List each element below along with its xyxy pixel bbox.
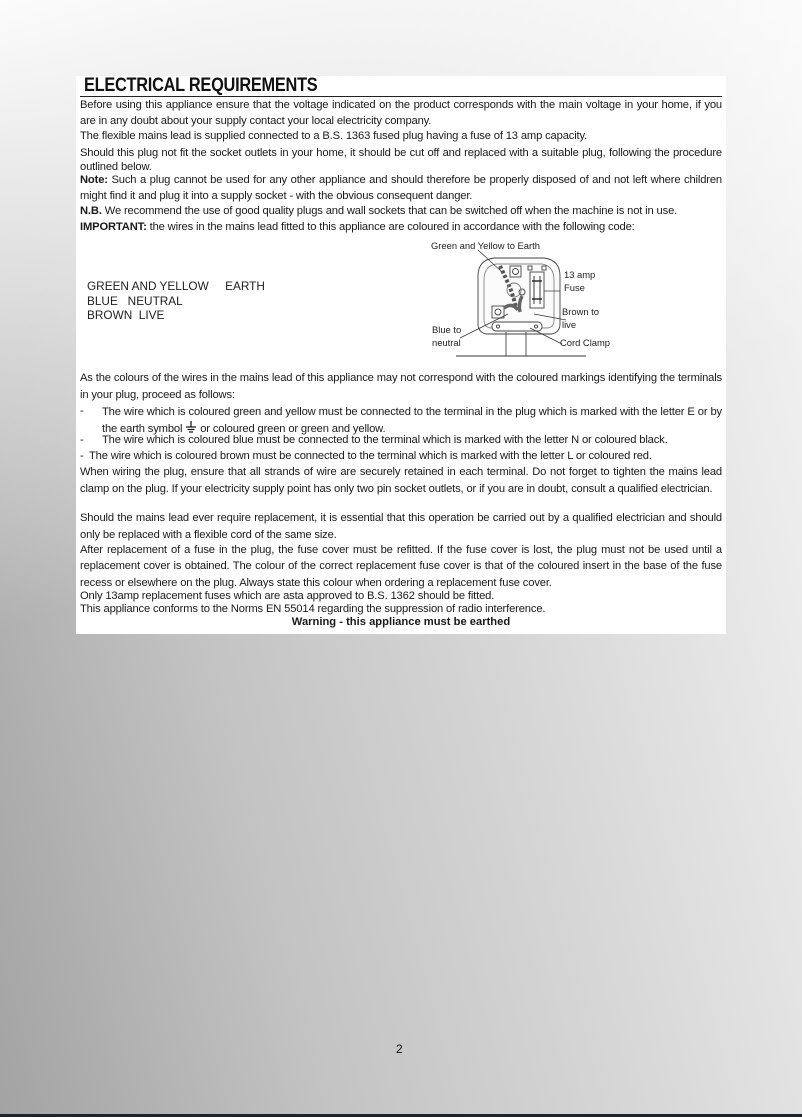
label-earth: Green and Yellow to Earth — [431, 240, 540, 252]
bullet-dash: - — [80, 433, 84, 449]
paragraph-replacement: Should the mains lead ever require repla… — [80, 510, 722, 544]
label-fuse-line2: Fuse — [564, 282, 585, 294]
bullet-dash: - — [80, 449, 84, 465]
content-panel: ELECTRICAL REQUIREMENTS Before using thi… — [76, 76, 726, 634]
paragraph-note: Note: Such a plug cannot be used for any… — [80, 173, 722, 204]
label-live-line2: live — [562, 319, 576, 331]
label-fuse-line1: 13 amp — [564, 269, 595, 281]
paragraph-wiring: When wiring the plug, ensure that all st… — [80, 464, 722, 497]
paragraph-nb: N.B. We recommend the use of good qualit… — [80, 204, 722, 220]
label-neutral-line2: neutral — [432, 337, 461, 349]
nb-label: N.B. — [80, 205, 102, 217]
important-label: IMPORTANT: — [80, 221, 147, 233]
bullet-live: The wire which is coloured brown must be… — [89, 449, 719, 465]
plug-illustration — [426, 236, 666, 361]
paragraph-voltage: Before using this appliance ensure that … — [80, 98, 722, 129]
label-neutral-line1: Blue to — [432, 324, 461, 336]
wire-code-row: BROWN LIVE — [87, 308, 265, 323]
wire-code-row: GREEN AND YELLOW EARTH — [87, 279, 265, 294]
wire-code-list: GREEN AND YELLOW EARTHBLUE NEUTRALBROWN … — [87, 279, 265, 323]
paragraph-important: IMPORTANT: the wires in the mains lead f… — [80, 220, 722, 236]
important-text: the wires in the mains lead fitted to th… — [147, 221, 635, 233]
note-text: Such a plug cannot be used for any other… — [80, 174, 722, 202]
page-number: 2 — [396, 1042, 403, 1056]
wire-code-row: BLUE NEUTRAL — [87, 294, 265, 309]
note-label: Note: — [80, 174, 108, 186]
paragraph-instructions-intro: As the colours of the wires in the mains… — [80, 370, 722, 404]
plug-wiring-diagram: Green and Yellow to Earth 13 amp Fuse Br… — [426, 236, 666, 361]
label-cord-clamp: Cord Clamp — [560, 337, 610, 349]
paragraph-fuse-cover: After replacement of a fuse in the plug,… — [80, 542, 722, 591]
earth-symbol-icon — [185, 421, 197, 433]
label-live-line1: Brown to — [562, 306, 599, 318]
page-title: ELECTRICAL REQUIREMENTS — [84, 75, 317, 97]
earthing-warning: Warning - this appliance must be earthed — [76, 616, 726, 628]
bullet-dash: - — [80, 404, 84, 420]
nb-text: We recommend the use of good quality plu… — [102, 205, 677, 217]
paragraph-plug-supplied: The flexible mains lead is supplied conn… — [80, 129, 722, 145]
paragraph-cut-off: Should this plug not fit the socket outl… — [80, 146, 722, 174]
bullet-neutral: The wire which is coloured blue must be … — [102, 433, 722, 449]
title-row: ELECTRICAL REQUIREMENTS — [80, 76, 722, 97]
